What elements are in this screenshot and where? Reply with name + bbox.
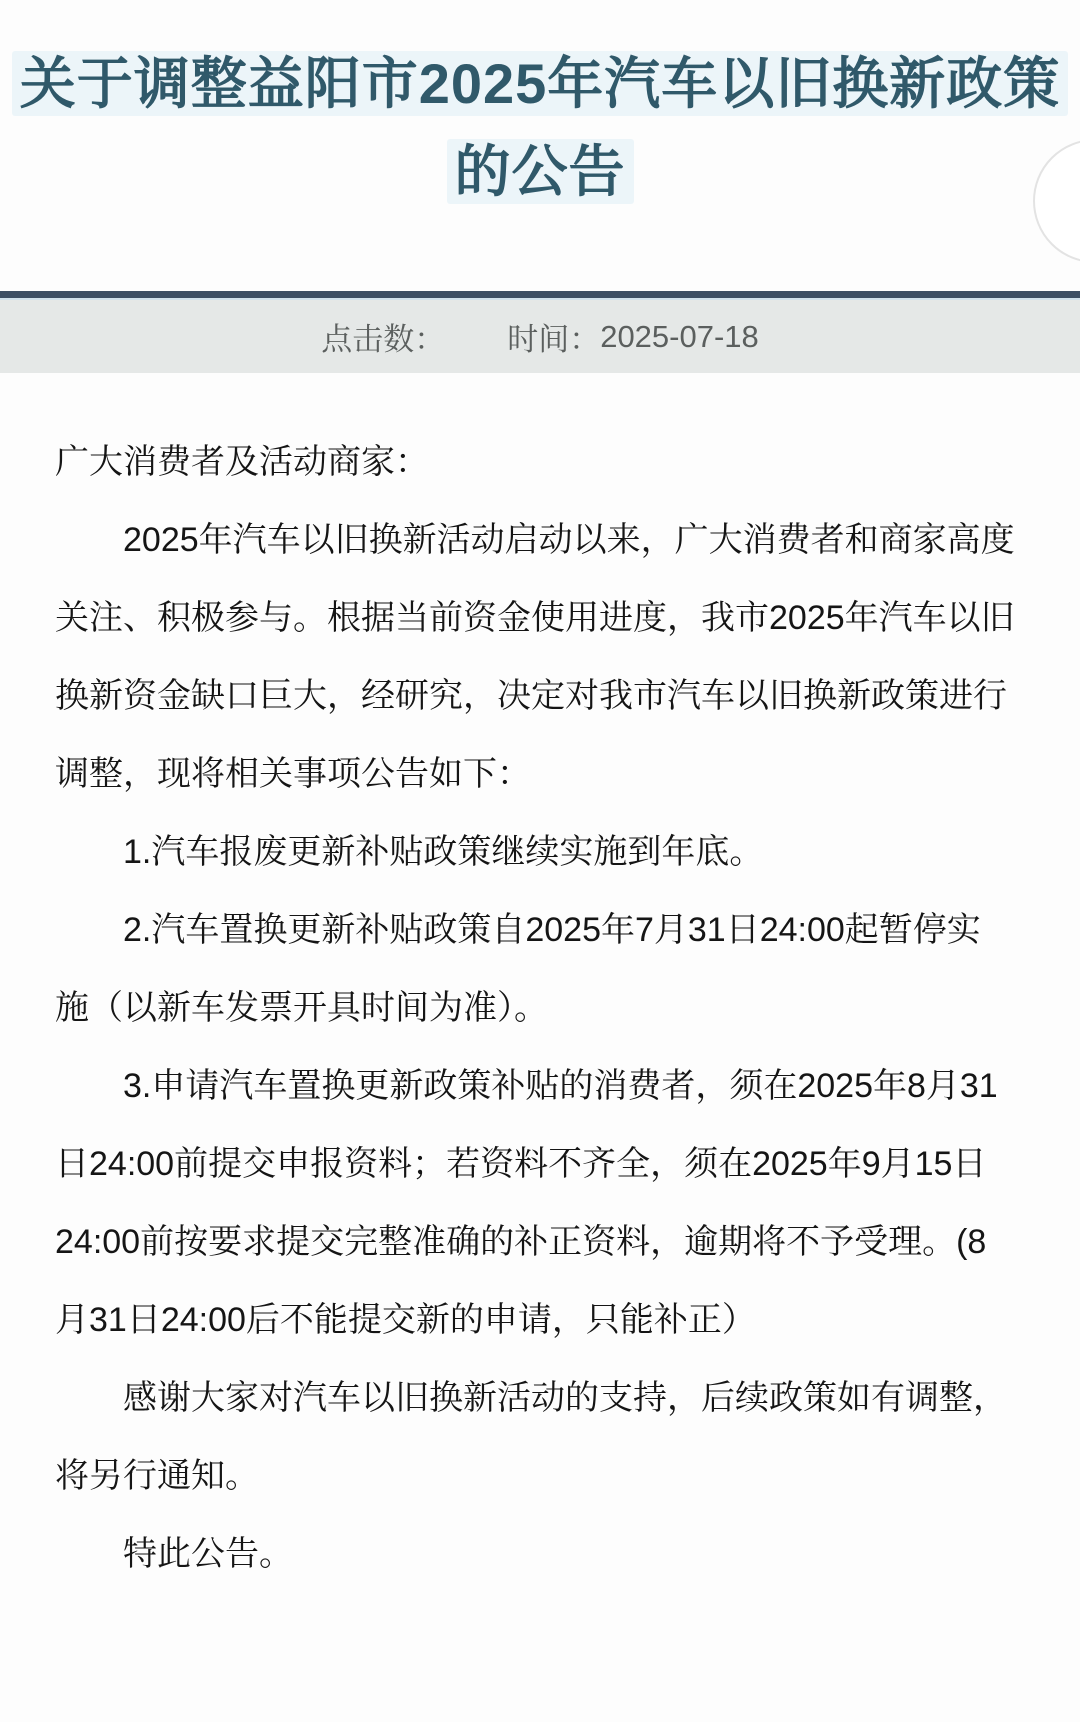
body-line: 特此公告。 — [55, 1515, 1035, 1593]
body-line: 1.汽车报废更新补贴政策继续实施到年底。 — [55, 813, 1035, 891]
meta-divider-rule — [0, 291, 1080, 300]
meta-bar: 点击数： 时间： 2025-07-18 — [0, 300, 1080, 373]
title-line-text: 关于调整益阳市2025年汽车以旧换新政策 — [12, 51, 1069, 116]
page-title-line: 关于调整益阳市2025年汽车以旧换新政策 — [0, 40, 1080, 128]
body-line: 换新资金缺口巨大，经研究，决定对我市汽车以旧换新政策进行 — [55, 657, 1035, 735]
body-line: 感谢大家对汽车以旧换新活动的支持，后续政策如有调整， — [55, 1359, 1035, 1437]
time-label: 时间： — [507, 314, 600, 359]
time-value: 2025-07-18 — [600, 319, 759, 355]
page-title: 关于调整益阳市2025年汽车以旧换新政策 的公告 — [0, 40, 1080, 216]
body-line: 2025年汽车以旧换新活动启动以来，广大消费者和商家高度 — [55, 501, 1035, 579]
body-line: 关注、积极参与。根据当前资金使用进度，我市2025年汽车以旧 — [55, 579, 1035, 657]
body-line: 24:00前按要求提交完整准确的补正资料，逾期将不予受理。(8 — [55, 1203, 1035, 1281]
body-line: 广大消费者及活动商家： — [55, 423, 1035, 501]
page-title-line: 的公告 — [0, 128, 1080, 216]
announcement-body: 广大消费者及活动商家： 2025年汽车以旧换新活动启动以来，广大消费者和商家高度… — [55, 423, 1035, 1593]
body-line: 2.汽车置换更新补贴政策自2025年7月31日24:00起暂停实 — [55, 891, 1035, 969]
announcement-page: 关于调整益阳市2025年汽车以旧换新政策 的公告 点击数： 时间： 2025-0… — [0, 0, 1080, 1722]
body-line: 调整，现将相关事项公告如下： — [55, 735, 1035, 813]
clicks-label: 点击数： — [321, 314, 445, 359]
body-line: 月31日24:00后不能提交新的申请，只能补正） — [55, 1281, 1035, 1359]
body-line: 日24:00前提交申报资料；若资料不齐全，须在2025年9月15日 — [55, 1125, 1035, 1203]
title-line-text: 的公告 — [447, 139, 634, 204]
body-line: 将另行通知。 — [55, 1437, 1035, 1515]
body-line: 3.申请汽车置换更新政策补贴的消费者，须在2025年8月31 — [55, 1047, 1035, 1125]
body-line: 施（以新车发票开具时间为准）。 — [55, 969, 1035, 1047]
